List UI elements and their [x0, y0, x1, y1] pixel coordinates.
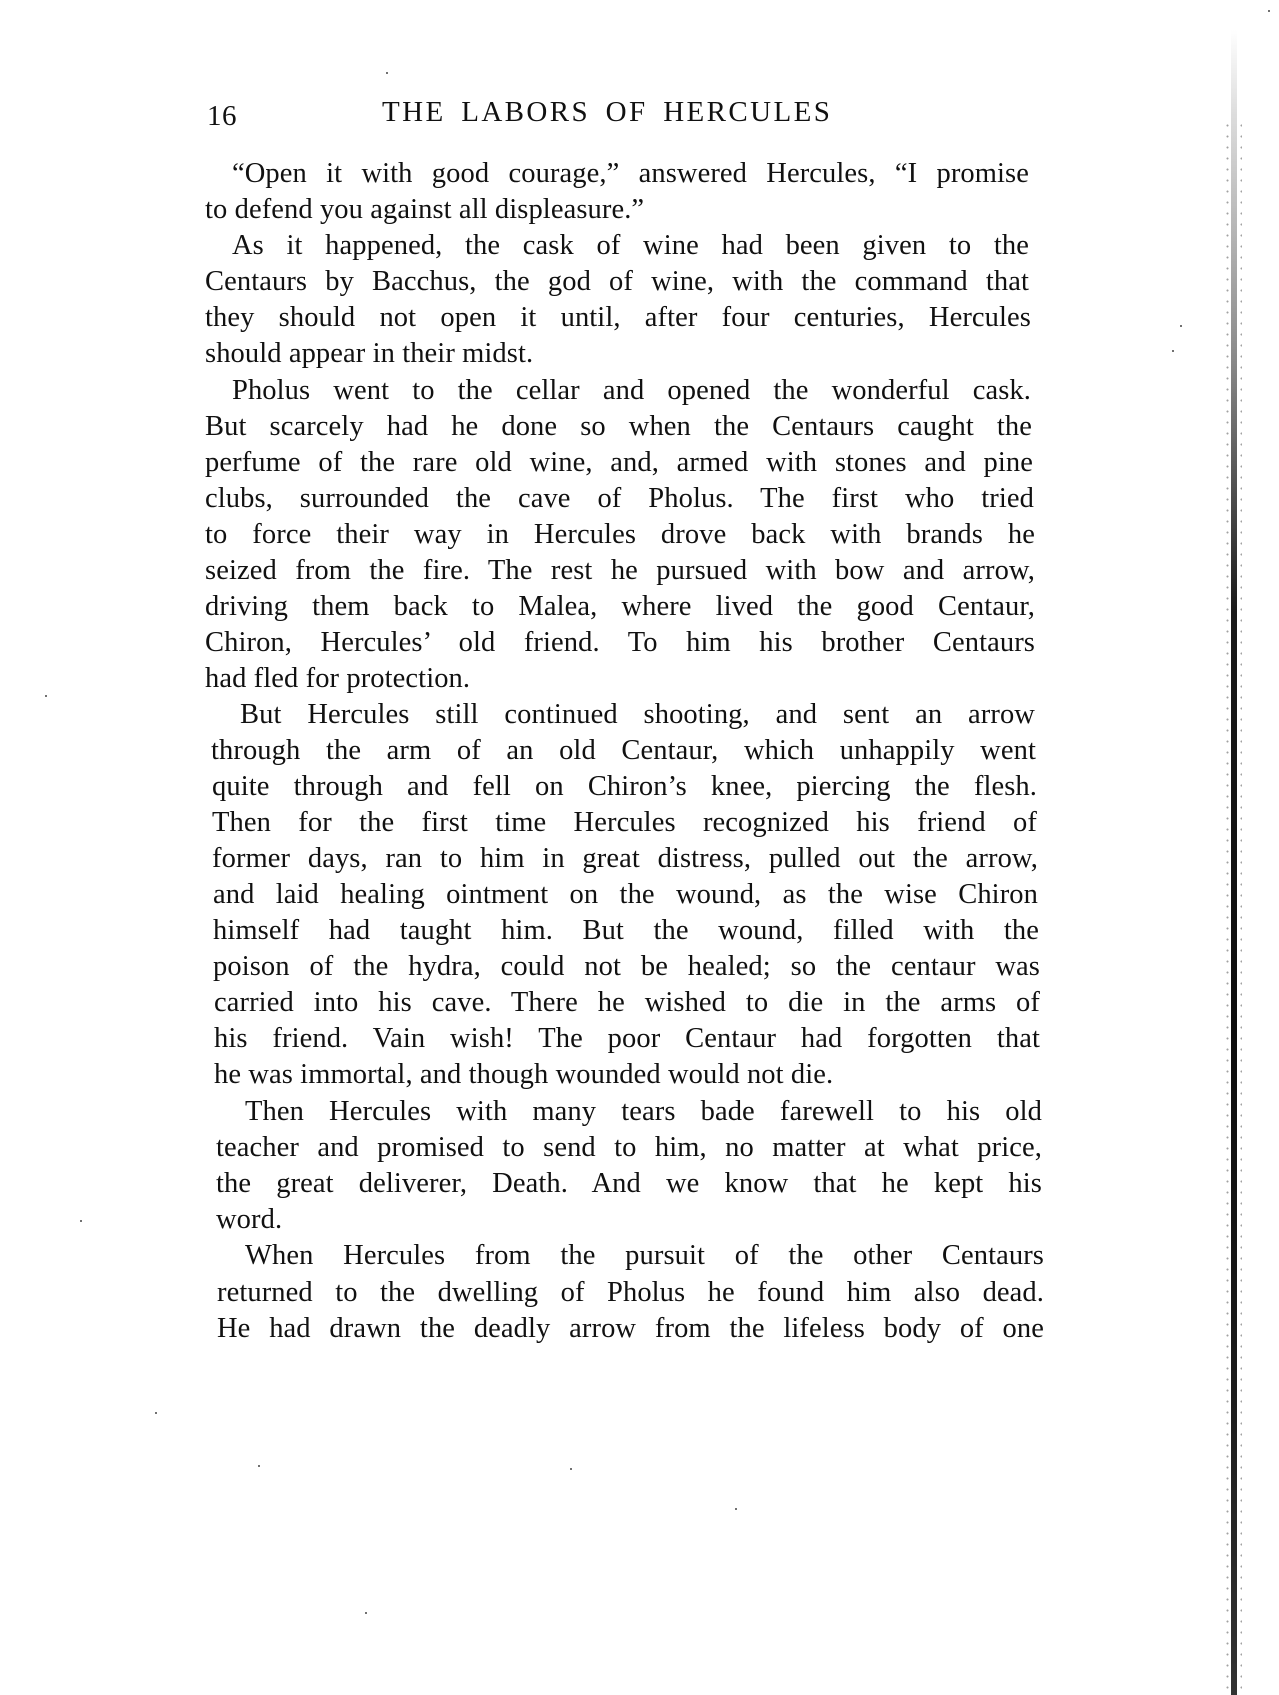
text-line: they should not open it until, after fou…	[205, 300, 1031, 336]
running-title: THE LABORS OF HERCULES	[382, 96, 832, 129]
text-line: poison of the hydra, could not be healed…	[213, 949, 1040, 985]
text-line: But scarcely had he done so when the Cen…	[205, 409, 1032, 445]
text-line: Then Hercules with many tears bade farew…	[245, 1094, 1042, 1130]
text-line: should appear in their midst.	[205, 336, 1031, 372]
scan-speck	[258, 1465, 260, 1467]
scan-speck	[1180, 325, 1182, 327]
text-line: former days, ran to him in great distres…	[212, 841, 1038, 877]
scan-speck	[80, 1220, 82, 1222]
running-head: 16 THE LABORS OF HERCULES	[207, 96, 1047, 136]
text-line: driving them back to Malea, where lived …	[205, 589, 1035, 625]
text-line: When Hercules from the pursuit of the ot…	[245, 1238, 1044, 1274]
text-line: Centaurs by Bacchus, the god of wine, wi…	[205, 264, 1029, 300]
scan-speck	[365, 1612, 367, 1614]
scan-speck	[155, 1412, 157, 1414]
scan-speck	[45, 695, 47, 697]
text-line: But Hercules still continued shooting, a…	[240, 697, 1035, 733]
text-line: Chiron, Hercules’ old friend. To him his…	[205, 625, 1035, 661]
text-line: he was immortal, and though wounded woul…	[214, 1057, 1040, 1093]
text-line: perfume of the rare old wine, and, armed…	[205, 445, 1033, 481]
text-line: “Open it with good courage,” answered He…	[232, 156, 1029, 192]
text-line: carried into his cave. There he wished t…	[214, 985, 1040, 1021]
text-line: teacher and promised to send to him, no …	[216, 1130, 1042, 1166]
text-line: had fled for protection.	[205, 661, 1035, 697]
text-line: himself had taught him. But the wound, f…	[213, 913, 1039, 949]
text-line: quite through and fell on Chiron’s knee,…	[212, 769, 1037, 805]
text-line: clubs, surrounded the cave of Pholus. Th…	[205, 481, 1034, 517]
scan-speck	[735, 1508, 737, 1510]
text-line: through the arm of an old Centaur, which…	[211, 733, 1036, 769]
text-line: to force their way in Hercules drove bac…	[205, 517, 1035, 553]
text-line: seized from the fire. The rest he pursue…	[205, 553, 1035, 589]
text-line: He had drawn the deadly arrow from the l…	[217, 1311, 1044, 1347]
binding-gutter	[1231, 30, 1237, 1695]
text-line: word.	[216, 1202, 1042, 1238]
text-line: and laid healing ointment on the wound, …	[213, 877, 1038, 913]
text-line: the great deliverer, Death. And we know …	[216, 1166, 1042, 1202]
scan-speck	[1268, 10, 1270, 12]
page-number: 16	[207, 100, 237, 133]
text-line: Pholus went to the cellar and opened the…	[232, 373, 1031, 409]
text-line: to defend you against all displeasure.”	[205, 192, 1029, 228]
book-page: 16 THE LABORS OF HERCULES “Open it with …	[0, 0, 1279, 1695]
scan-speck	[570, 1468, 572, 1470]
scan-speck	[1172, 350, 1174, 352]
text-line: his friend. Vain wish! The poor Centaur …	[214, 1021, 1040, 1057]
text-line: returned to the dwelling of Pholus he fo…	[217, 1275, 1044, 1311]
scan-speck	[386, 72, 388, 74]
text-line: As it happened, the cask of wine had bee…	[232, 228, 1029, 264]
text-line: Then for the first time Hercules recogni…	[212, 805, 1037, 841]
